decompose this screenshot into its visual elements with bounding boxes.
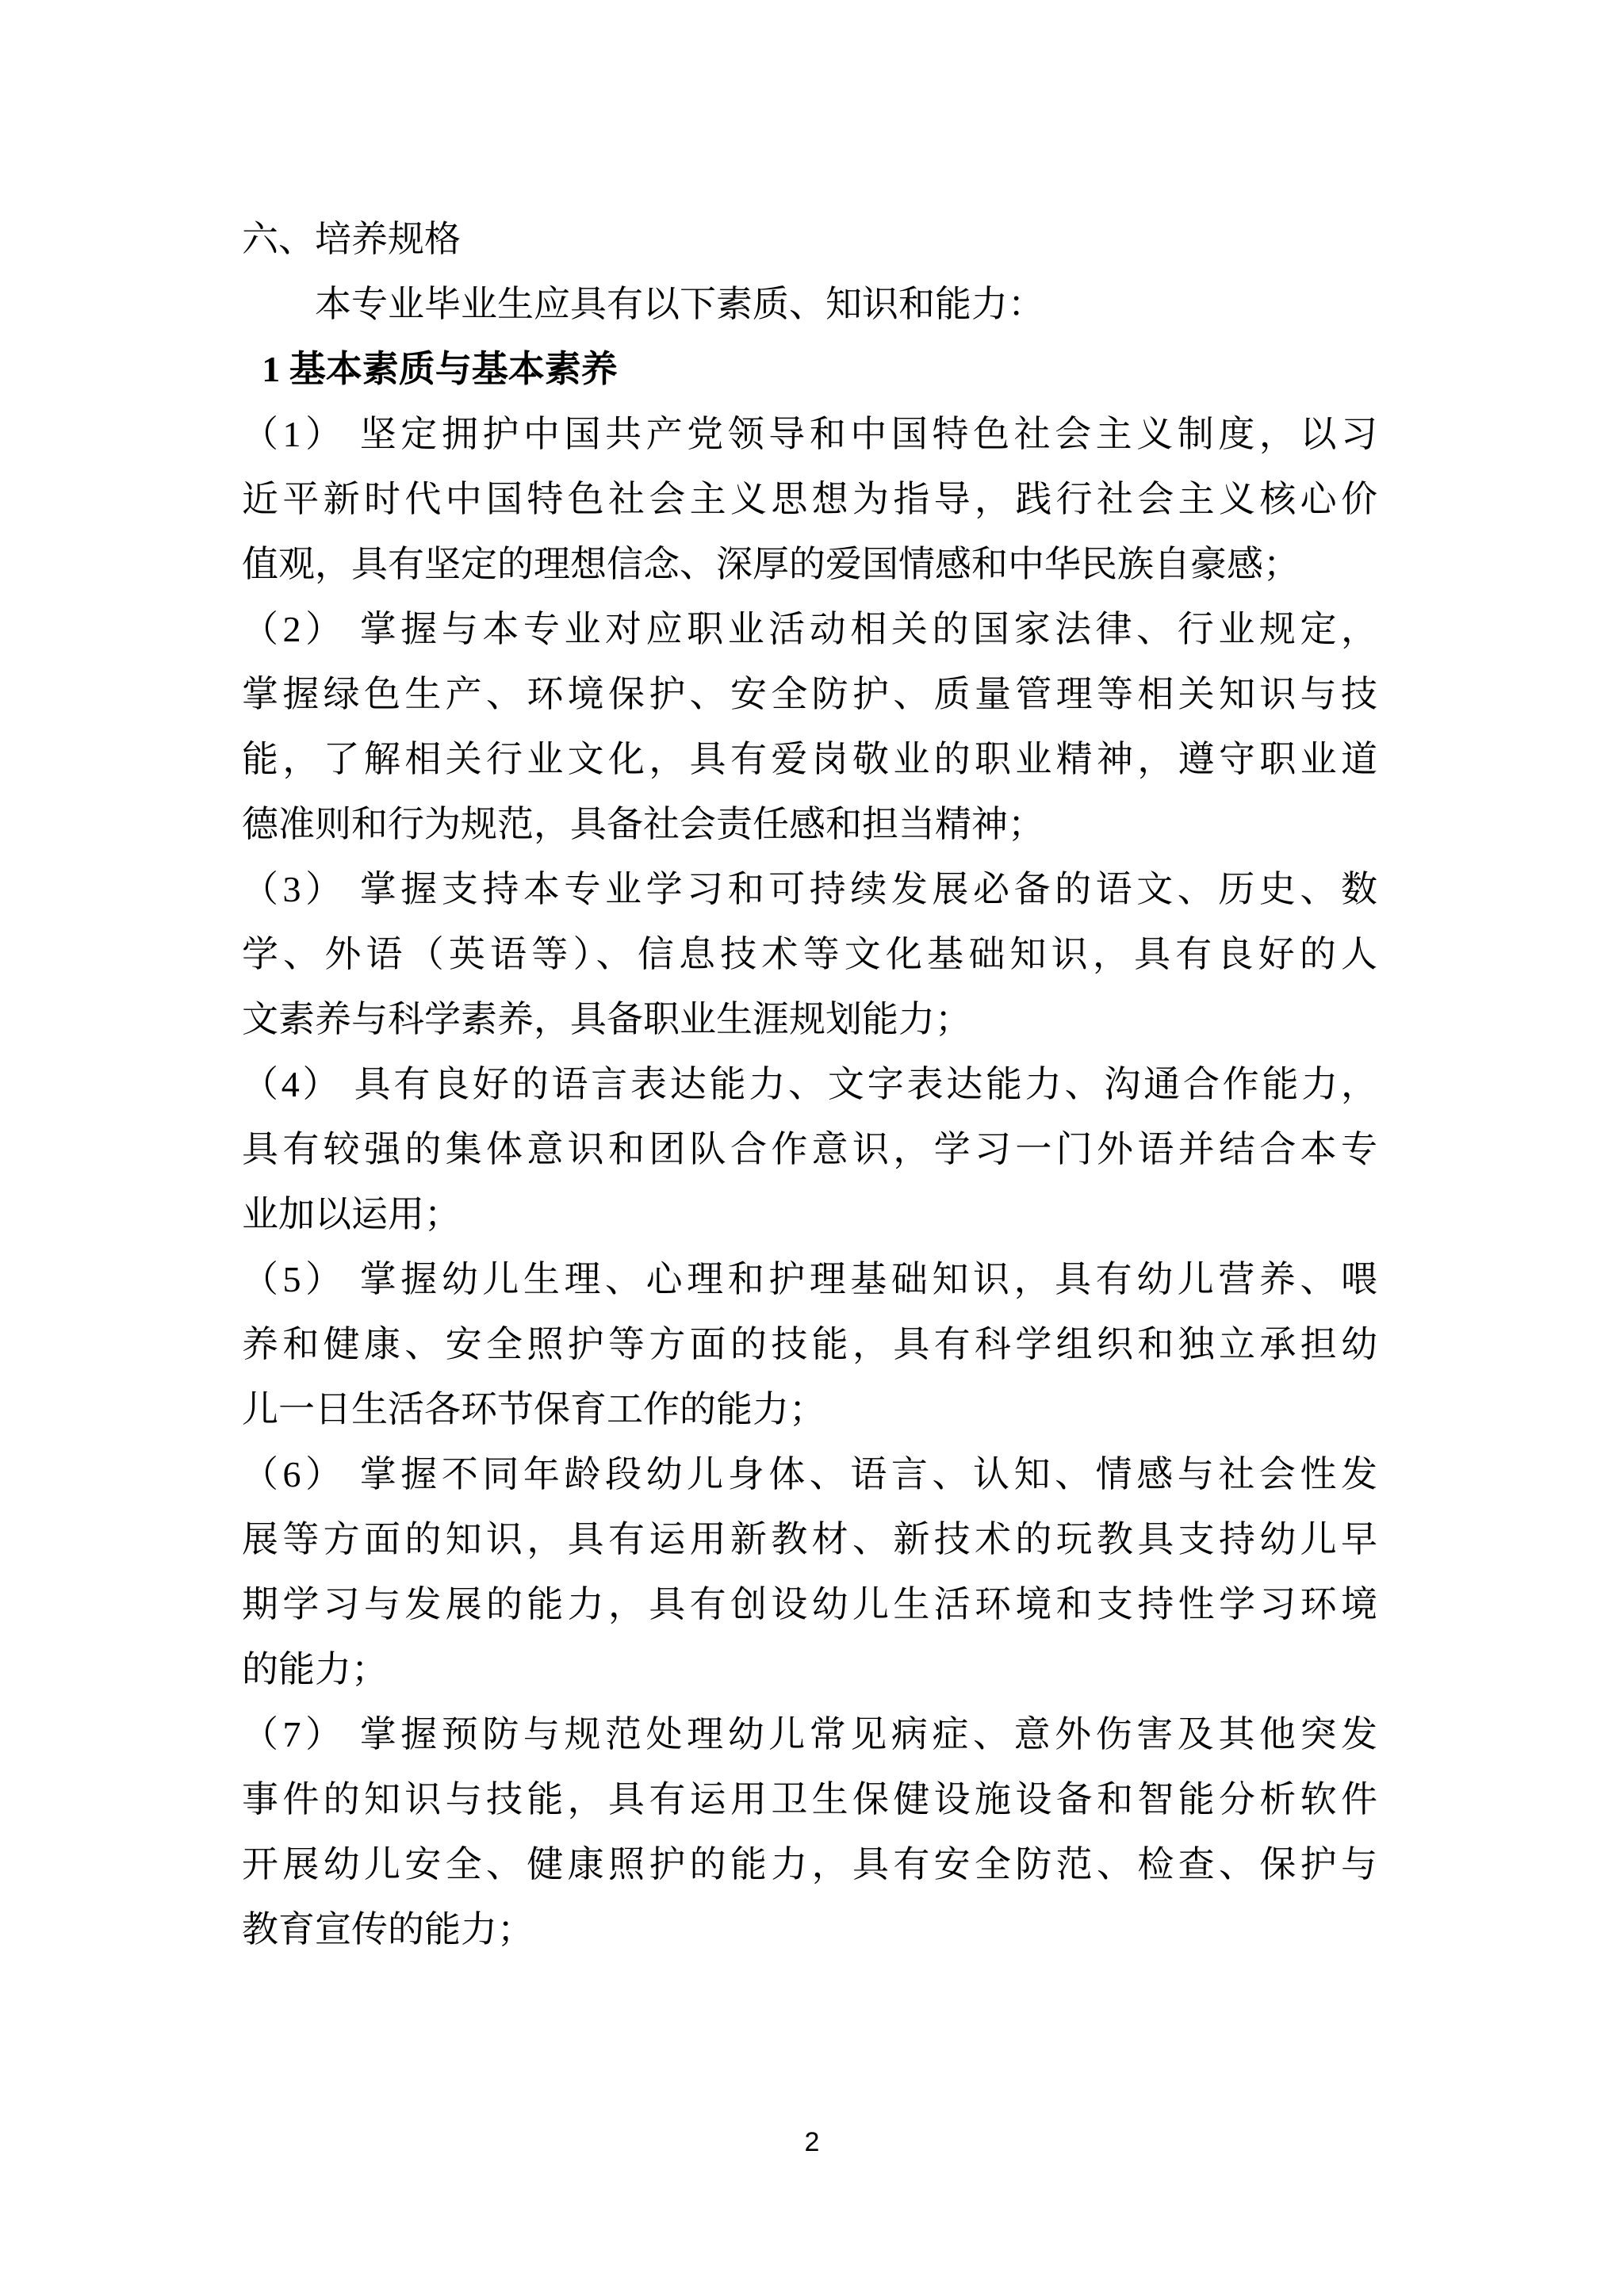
item-3-line: （3） 掌握支持本专业学习和可持续发展必备的语文、历史、数 [242,857,1377,922]
item-3-line: 学、外语（英语等）、信息技术等文化基础知识，具有良好的人 [242,922,1377,987]
item-2-line: 能，了解相关行业文化，具有爱岗敬业的职业精神，遵守职业道 [242,727,1377,792]
document-page: 六、培养规格 本专业毕业生应具有以下素质、知识和能力： 1 基本素质与基本素养 … [0,0,1624,2296]
item-1-line: 值观，具有坚定的理想信念、深厚的爱国情感和中华民族自豪感； [242,532,1377,597]
item-5-line: 养和健康、安全照护等方面的技能，具有科学组织和独立承担幼 [242,1312,1377,1377]
item-1-line: （1） 坚定拥护中国共产党领导和中国特色社会主义制度，以习 [242,402,1377,467]
item-5-line: （5） 掌握幼儿生理、心理和护理基础知识，具有幼儿营养、喂 [242,1247,1377,1312]
item-4-line: 业加以运用； [242,1182,1377,1247]
document-body: 六、培养规格 本专业毕业生应具有以下素质、知识和能力： 1 基本素质与基本素养 … [242,207,1377,1962]
item-7-line: （7） 掌握预防与规范处理幼儿常见病症、意外伤害及其他突发 [242,1702,1377,1767]
item-7-line: 开展幼儿安全、健康照护的能力，具有安全防范、检查、保护与 [242,1832,1377,1897]
item-2-line: 掌握绿色生产、环境保护、安全防护、质量管理等相关知识与技 [242,662,1377,727]
item-6-line: 的能力； [242,1637,1377,1702]
item-6-line: （6） 掌握不同年龄段幼儿身体、语言、认知、情感与社会性发 [242,1442,1377,1507]
section-heading: 六、培养规格 [242,207,1377,272]
item-1-line: 近平新时代中国特色社会主义思想为指导，践行社会主义核心价 [242,467,1377,532]
item-3-line: 文素养与科学素养，具备职业生涯规划能力； [242,987,1377,1052]
page-number: 2 [0,2125,1624,2160]
intro-line: 本专业毕业生应具有以下素质、知识和能力： [242,272,1377,337]
item-4-line: （4） 具有良好的语言表达能力、文字表达能力、沟通合作能力， [242,1052,1377,1117]
item-5-line: 儿一日生活各环节保育工作的能力； [242,1377,1377,1442]
item-2-line: 德准则和行为规范，具备社会责任感和担当精神； [242,792,1377,857]
item-6-line: 期学习与发展的能力，具有创设幼儿生活环境和支持性学习环境 [242,1572,1377,1637]
item-7-line: 教育宣传的能力； [242,1897,1377,1962]
item-6-line: 展等方面的知识，具有运用新教材、新技术的玩教具支持幼儿早 [242,1507,1377,1572]
item-2-line: （2） 掌握与本专业对应职业活动相关的国家法律、行业规定， [242,597,1377,662]
subheading: 1 基本素质与基本素养 [242,337,1377,402]
item-7-line: 事件的知识与技能，具有运用卫生保健设施设备和智能分析软件 [242,1767,1377,1832]
item-4-line: 具有较强的集体意识和团队合作意识，学习一门外语并结合本专 [242,1117,1377,1182]
